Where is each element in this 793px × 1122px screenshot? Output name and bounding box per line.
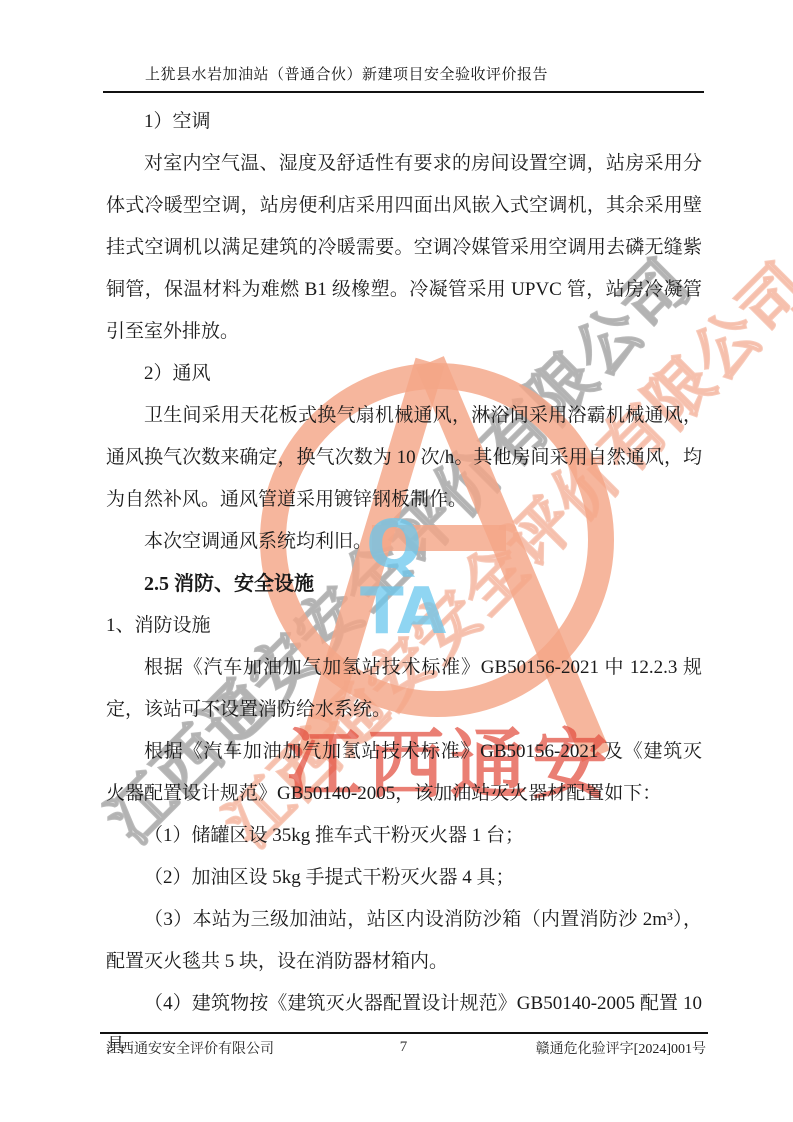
header-divider (103, 91, 704, 93)
list-item-tank-area-extinguisher: （1）储罐区设 35kg 推车式干粉灭火器 1 台； (106, 815, 702, 857)
subheading-ventilation: 2）通风 (106, 353, 702, 395)
list-item-refueling-area-extinguisher: （2）加油区设 5kg 手提式干粉灭火器 4 具； (106, 857, 702, 899)
document-page: 江西通安安全评价有限公司 江西通安安全评价有限公司 Q TA 江西通安 上犹县水… (0, 0, 793, 1122)
paragraph-air-conditioning: 对室内空气温、湿度及舒适性有要求的房间设置空调，站房采用分体式冷暖型空调，站房便… (106, 143, 702, 353)
report-header-title: 上犹县水岩加油站（普通合伙）新建项目安全验收评价报告 (145, 64, 548, 86)
subheading-fire-facilities: 1、消防设施 (106, 605, 702, 647)
page-content: 上犹县水岩加油站（普通合伙）新建项目安全验收评价报告 1）空调 对室内空气温、湿… (0, 0, 793, 1122)
paragraph-ventilation: 卫生间采用天花板式换气扇机械通风，淋浴间采用浴霸机械通风，通风换气次数来确定，换… (106, 395, 702, 521)
paragraph-hvac-reuse: 本次空调通风系统均利旧。 (106, 521, 702, 563)
report-body: 1）空调 对室内空气温、湿度及舒适性有要求的房间设置空调，站房采用分体式冷暖型空… (106, 101, 702, 1067)
footer-divider (100, 1032, 708, 1034)
footer-document-number: 赣通危化验评字[2024]001号 (536, 1040, 706, 1060)
subheading-air-conditioning: 1）空调 (106, 101, 702, 143)
list-item-sand-box-fire-blanket: （3）本站为三级加油站，站区内设消防沙箱（内置消防沙 2m³），配置灭火毯共 5… (106, 899, 702, 983)
section-heading-fire-safety: 2.5 消防、安全设施 (106, 563, 702, 605)
paragraph-fire-water-system: 根据《汽车加油加气加氢站技术标准》GB50156-2021 中 12.2.3 规… (106, 647, 702, 731)
paragraph-extinguisher-config-intro: 根据《汽车加油加气加氢站技术标准》GB50156-2021 及《建筑灭火器配置设… (106, 731, 702, 815)
